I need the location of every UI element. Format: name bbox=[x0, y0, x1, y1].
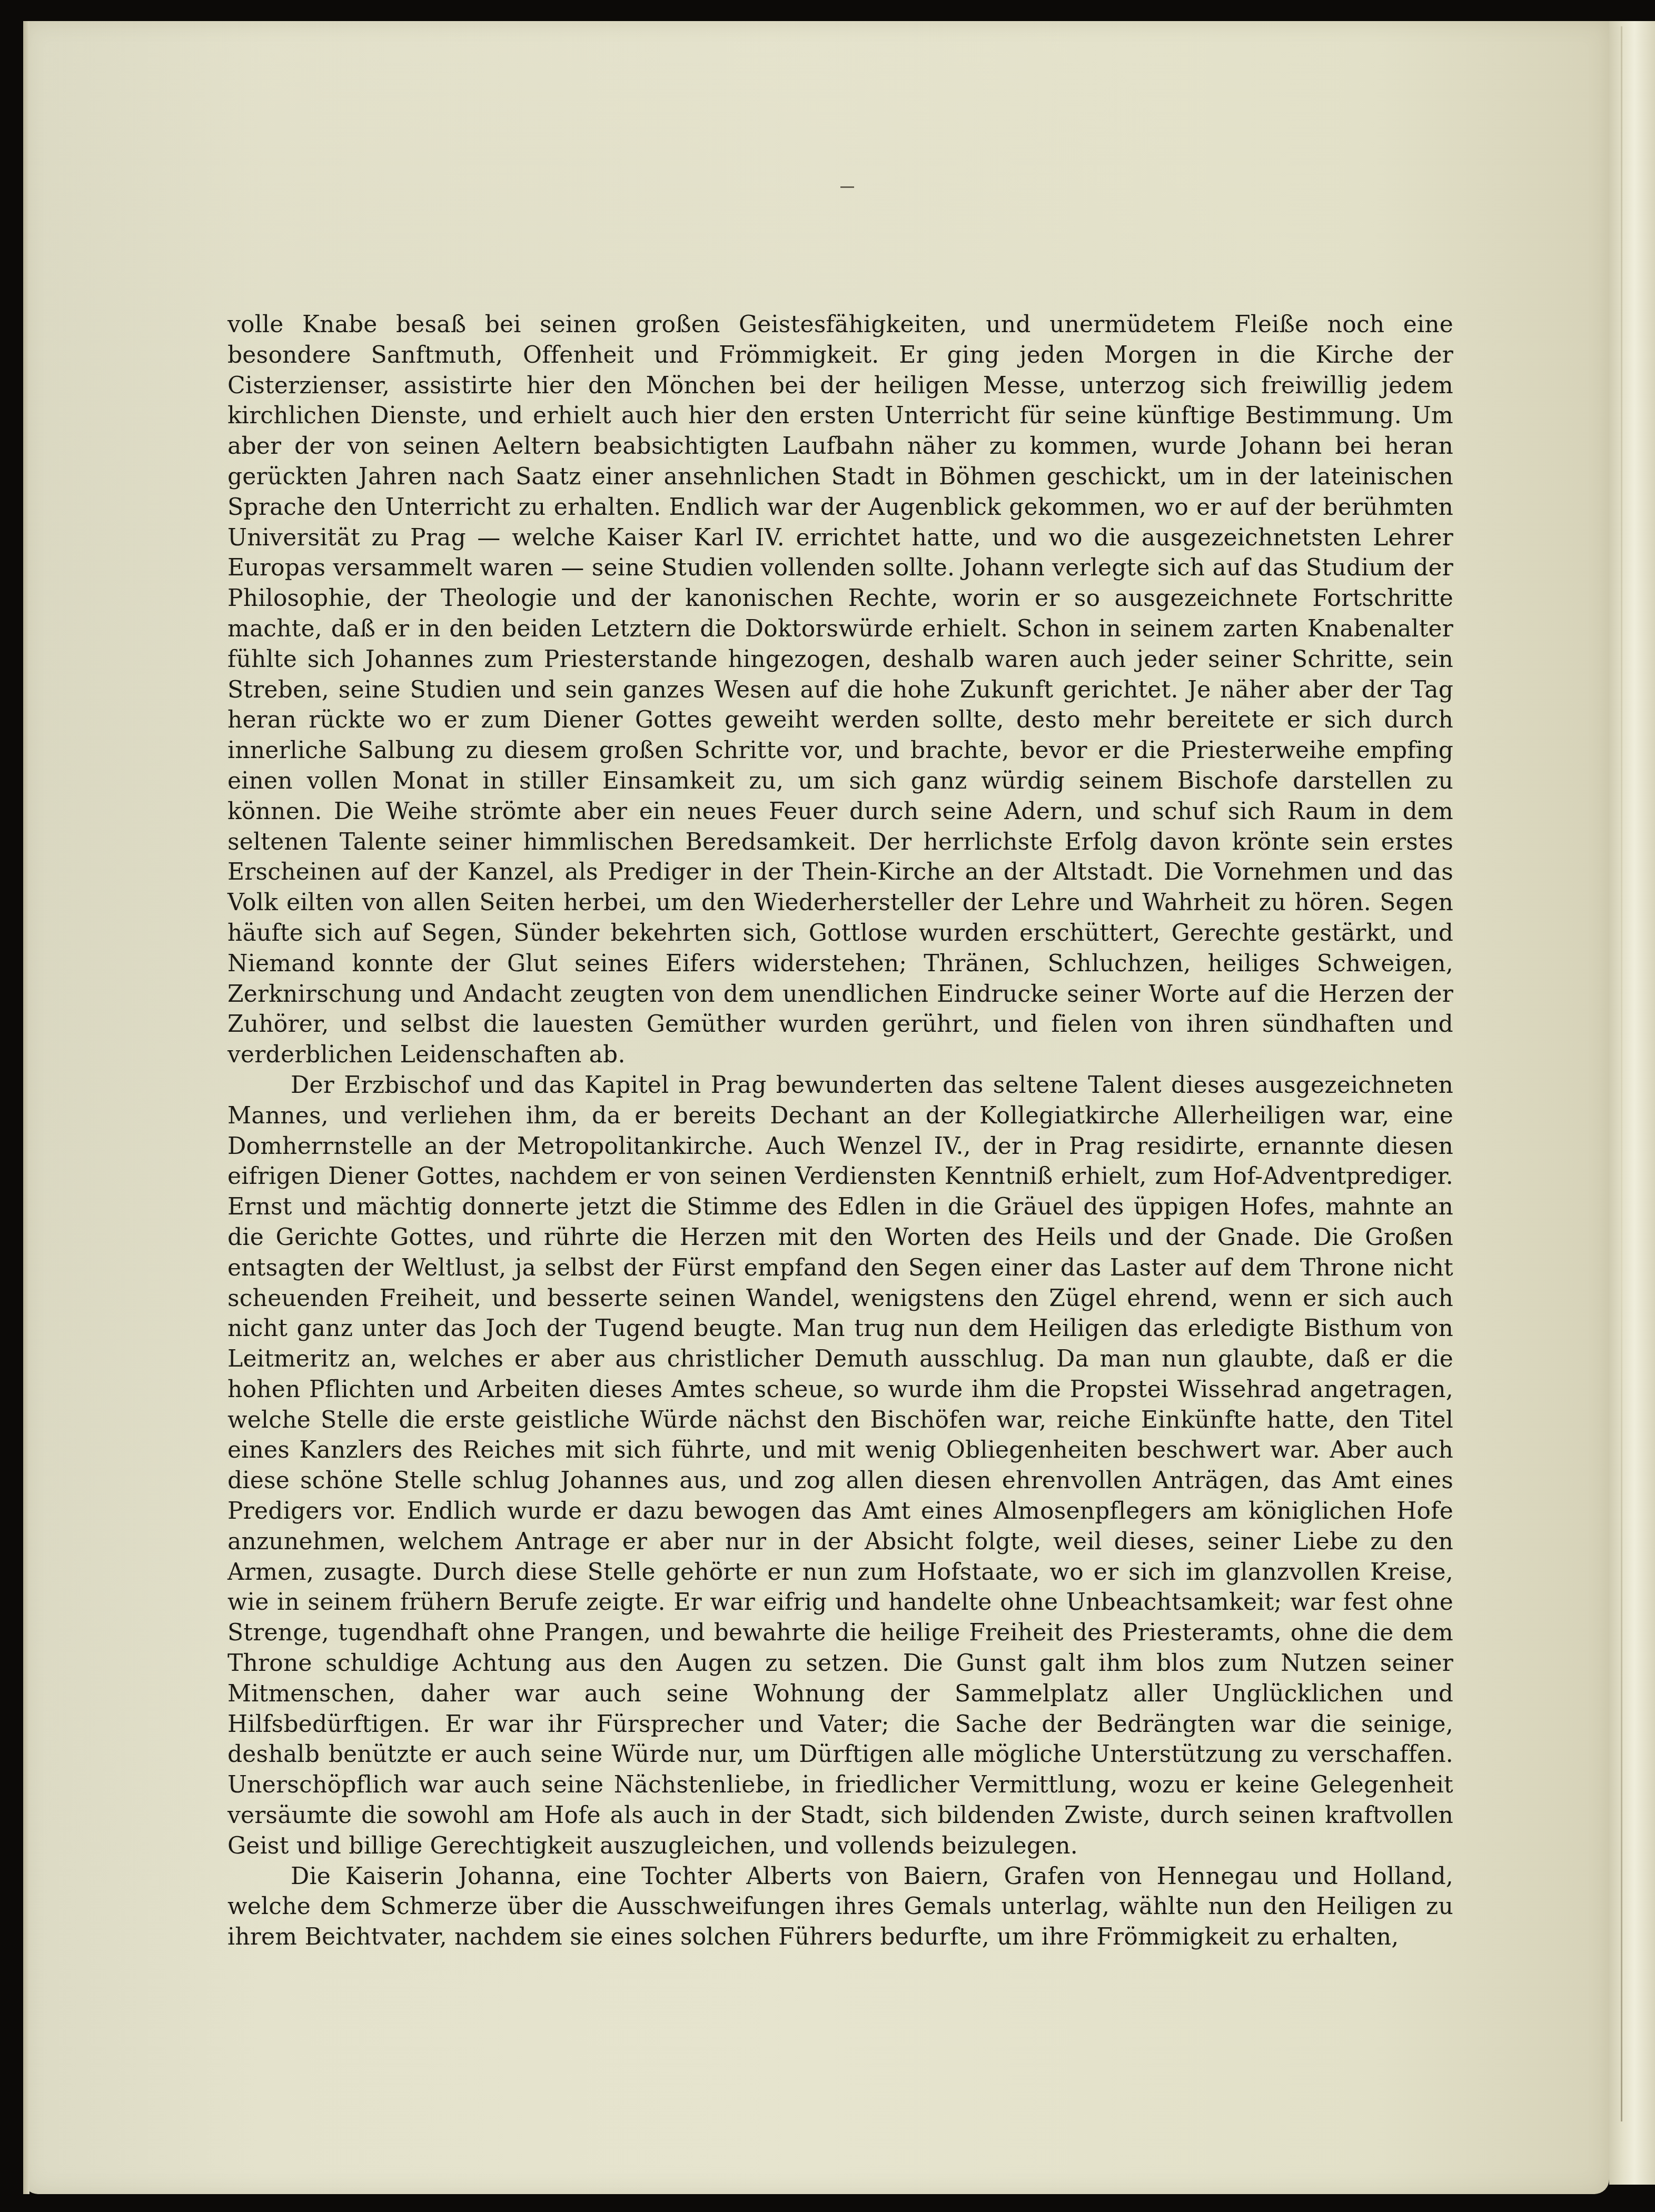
binding-fold-line bbox=[1621, 26, 1622, 2121]
body-text: volle Knabe besaß bei seinen großen Geis… bbox=[227, 310, 1453, 1952]
facing-page-gutter bbox=[1609, 21, 1655, 2185]
paragraph-1: volle Knabe besaß bei seinen großen Geis… bbox=[227, 310, 1453, 1070]
paragraph-3: Die Kaiserin Johanna, eine Tochter Alber… bbox=[227, 1861, 1453, 1952]
page-left-edge bbox=[23, 21, 29, 2194]
stray-ink-mark bbox=[840, 186, 854, 188]
paragraph-2: Der Erzbischof und das Kapitel in Prag b… bbox=[227, 1070, 1453, 1861]
